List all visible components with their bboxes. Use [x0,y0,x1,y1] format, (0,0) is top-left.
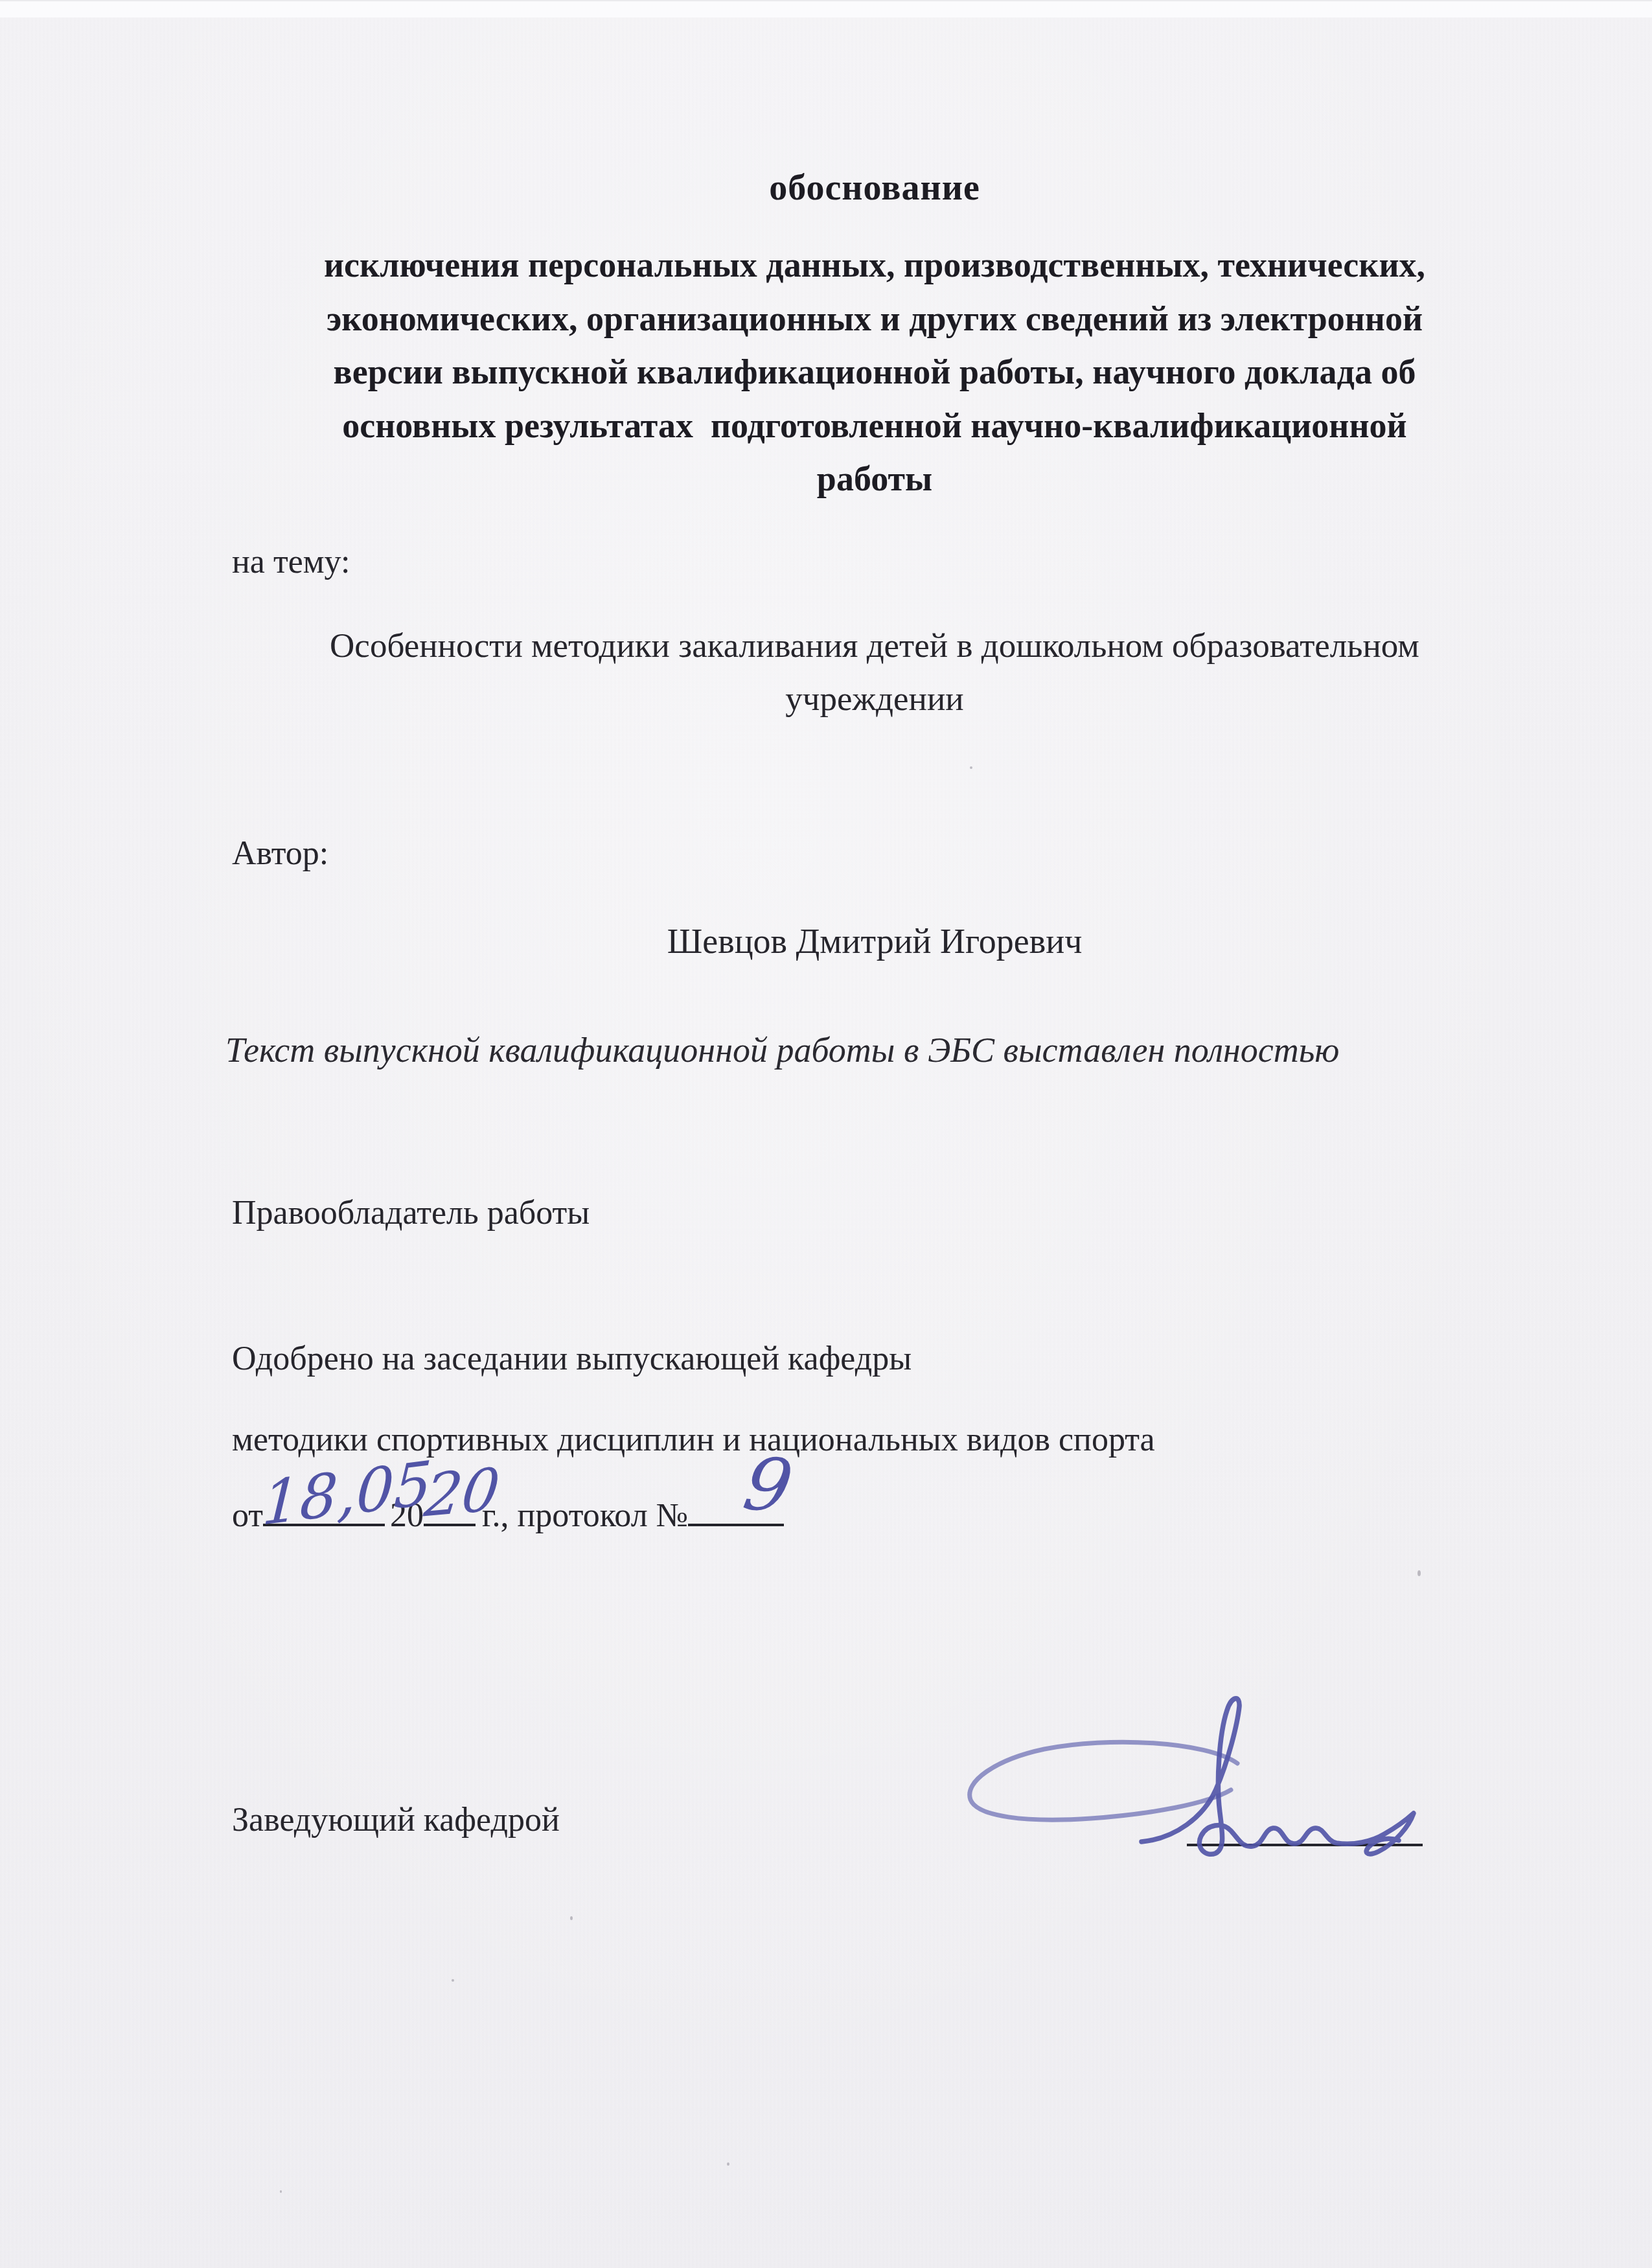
scan-speck [970,766,972,769]
preamble-line: экономических, организационных и других … [110,292,1639,346]
scan-bottom-edge [0,0,1652,17]
document-title: обоснование [110,167,1639,209]
handwritten-year: 20 [421,1455,503,1531]
preamble-line: исключения персональных данных, производ… [110,238,1639,292]
preamble-paragraph: исключения персональных данных, производ… [110,238,1639,506]
scan-speck [1417,1570,1421,1576]
ebs-availability-statement: Текст выпускной квалификационной работы … [225,1030,1469,1070]
topic-line: учреждении [110,672,1639,726]
approval-statement: Одобрено на заседании выпускающей кафедр… [232,1340,912,1378]
protocol-suffix: г., протокол № [482,1497,688,1534]
preamble-line: основных результатах подготовленной науч… [110,399,1639,453]
topic-line: Особенности методики закаливания детей в… [110,619,1639,672]
scanned-document-page: обоснование исключения персональных данн… [0,0,1652,2268]
scan-speck [727,2162,729,2166]
handwritten-signature [947,1684,1452,1885]
rights-holder-label: Правообладатель работы [232,1194,590,1232]
department-name: методики спортивных дисциплин и национал… [232,1421,1155,1459]
preamble-line: работы [110,452,1639,506]
scan-speck [570,1916,573,1920]
topic-text: Особенности методики закаливания детей в… [110,619,1639,726]
scan-speck [280,2190,282,2193]
author-name: Шевцов Дмитрий Игоревич [110,921,1639,961]
author-label: Автор: [232,834,328,873]
topic-label: на тему: [232,543,350,581]
head-of-department-label: Заведующий кафедрой [232,1801,560,1839]
scan-speck [452,1979,454,1982]
preamble-line: версии выпускной квалификационной работы… [110,345,1639,399]
date-prefix: от [232,1497,263,1534]
